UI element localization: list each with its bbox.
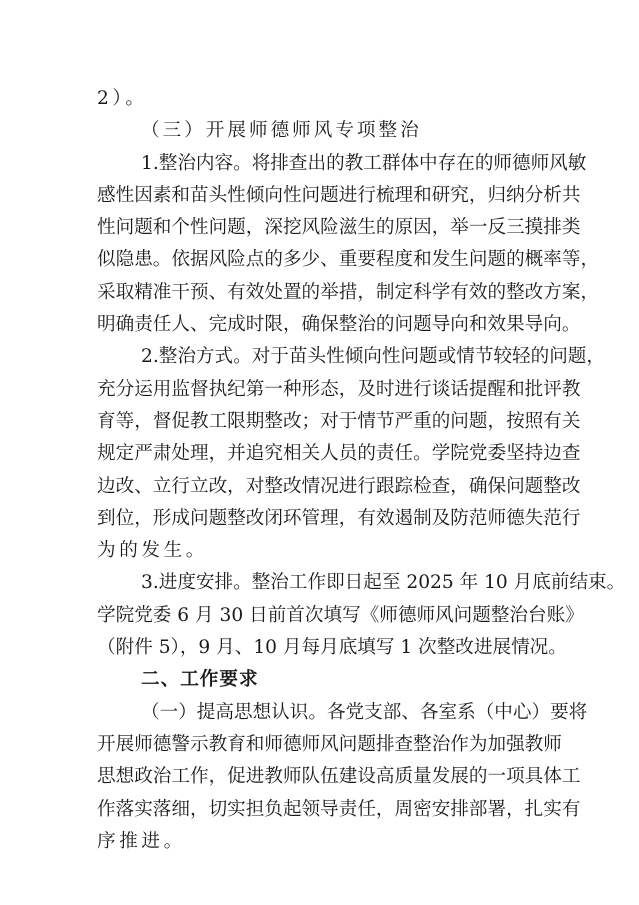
- document-page: 2）。 （三）开展师德师风专项整治 1.整治内容。将排查出的教工群体中存在的师德…: [0, 0, 639, 905]
- paragraph-1-line: 似隐患。依据风险点的多少、重要程度和发生问题的概率等，: [97, 244, 542, 276]
- paragraph-2-line: 到位，形成问题整改闭环管理，有效遏制及防范师德失范行: [97, 503, 542, 535]
- subsection-heading-3: （三）开展师德师风专项整治: [97, 115, 547, 147]
- paragraph-3-line: 学院党委 6 月 30 日前首次填写《师德师风问题整治台账》: [97, 600, 542, 632]
- paragraph-4-line: 开展师德警示教育和师德师风问题排查整治作为加强教师: [97, 729, 542, 761]
- paragraph-4-line: 作落实落细，切实担负起领导责任，周密安排部署，扎实有: [97, 794, 542, 826]
- paragraph-2-line: 充分运用监督执纪第一种形态，及时进行谈话提醒和批评教: [97, 374, 542, 406]
- paragraph-2-line: 育等，督促教工限期整改；对于情节严重的问题，按照有关: [97, 406, 542, 438]
- paragraph-1-line: 采取精准干预、有效处置的举措，制定科学有效的整改方案，: [97, 277, 542, 309]
- paragraph-2-line: 为的发生。: [97, 535, 547, 567]
- paragraph-1-line: 性问题和个性问题，深挖风险滋生的原因，举一反三摸排类: [97, 212, 542, 244]
- paragraph-2-line: 2.整治方式。对于苗头性倾向性问题或情节较轻的问题，: [97, 341, 542, 373]
- text-line: 2）。: [97, 83, 547, 115]
- paragraph-4-line: 思想政治工作，促进教师队伍建设高质量发展的一项具体工: [97, 761, 542, 793]
- document-body: 2）。 （三）开展师德师风专项整治 1.整治内容。将排查出的教工群体中存在的师德…: [97, 83, 547, 858]
- paragraph-1-line: 明确责任人、完成时限，确保整治的问题导向和效果导向。: [97, 309, 542, 341]
- paragraph-2-line: 边改、立行立改，对整改情况进行跟踪检查，确保问题整改: [97, 471, 542, 503]
- paragraph-2-line: 规定严肃处理，并追究相关人员的责任。学院党委坚持边查: [97, 438, 542, 470]
- paragraph-3-line: 3.进度安排。整治工作即日起至 2025 年 10 月底前结束。: [97, 567, 542, 599]
- paragraph-4-line: 序推进。: [97, 826, 547, 858]
- paragraph-1-line: 感性因素和苗头性倾向性问题进行梳理和研究，归纳分析共: [97, 180, 542, 212]
- paragraph-3-line: （附件 5），9 月、10 月每月底填写 1 次整改进展情况。: [97, 632, 542, 664]
- paragraph-4-line: （一）提高思想认识。各党支部、各室系（中心）要将: [97, 697, 542, 729]
- paragraph-1-line: 1.整治内容。将排查出的教工群体中存在的师德师风敏: [97, 148, 542, 180]
- section-heading: 二、工作要求: [97, 664, 547, 696]
